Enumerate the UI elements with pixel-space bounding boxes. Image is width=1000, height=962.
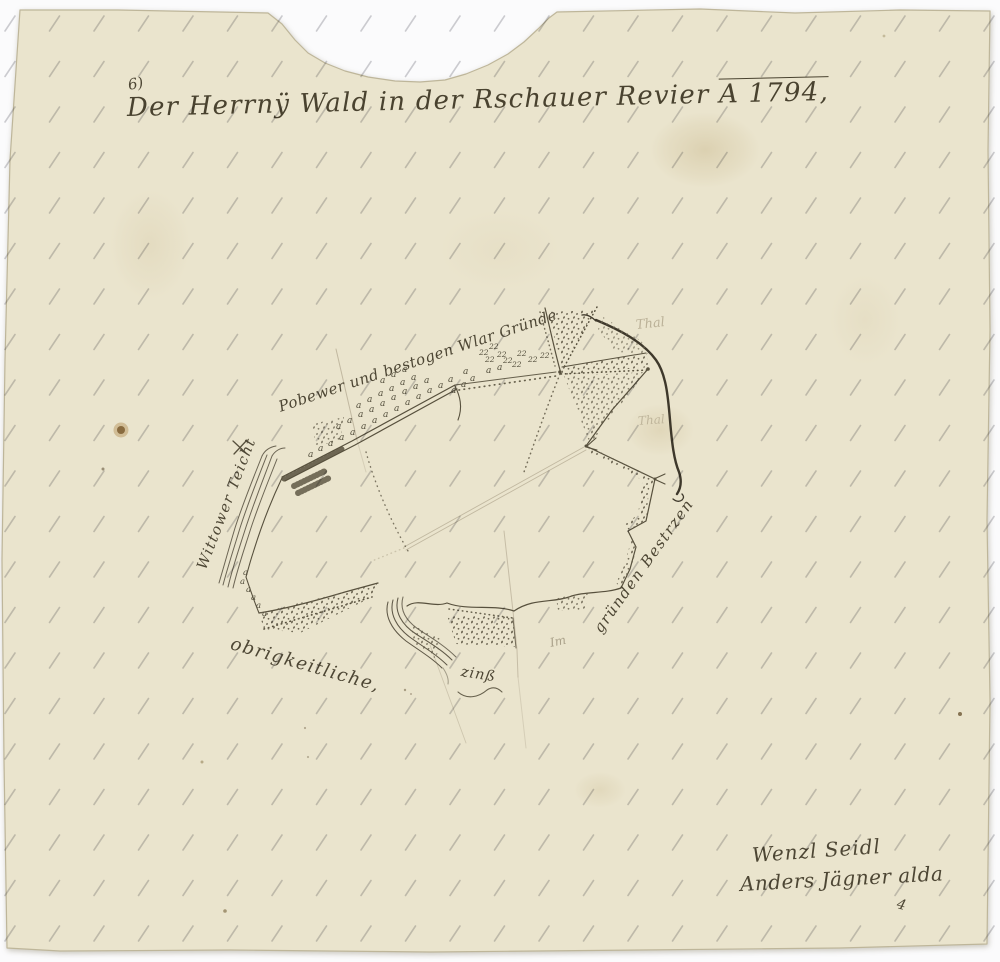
faint-pencil-note: Thal (635, 315, 665, 333)
map-title-text: Der Herrnÿ Wald in der Rschauer Revier (127, 80, 710, 123)
signature-title: Anders Jägner alda (739, 861, 944, 896)
label-east-grounds: gründen Bestrzen (590, 495, 698, 636)
faint-pencil-note: Im (549, 633, 568, 650)
signature-name: Wenzl Seidl (751, 834, 881, 867)
label-zins: zinß (460, 664, 497, 685)
corner-mark: 6) (126, 73, 144, 93)
handwritten-labels: 6) Der Herrnÿ Wald in der Rschauer Revie… (0, 0, 1000, 962)
faint-pencil-note: Thal (638, 412, 666, 428)
label-wittower-teicht: Wittower Teicht (195, 436, 260, 572)
scanned-map-document: aaaaaaaaaaaaaaaaaaaaaaaaaaaaaaaaaaaaaa22… (0, 0, 1000, 962)
label-northwest-grounds: Pobewer und bestogen Wlar Gründe (276, 306, 559, 416)
map-title-year: A 1794, (719, 77, 830, 109)
label-obrigkeitliche: obrigkeitliche, (228, 633, 383, 696)
map-title: Der Herrnÿ Wald in der Rschauer Revier A… (127, 77, 830, 123)
signature-flourish: 4 (895, 896, 908, 914)
